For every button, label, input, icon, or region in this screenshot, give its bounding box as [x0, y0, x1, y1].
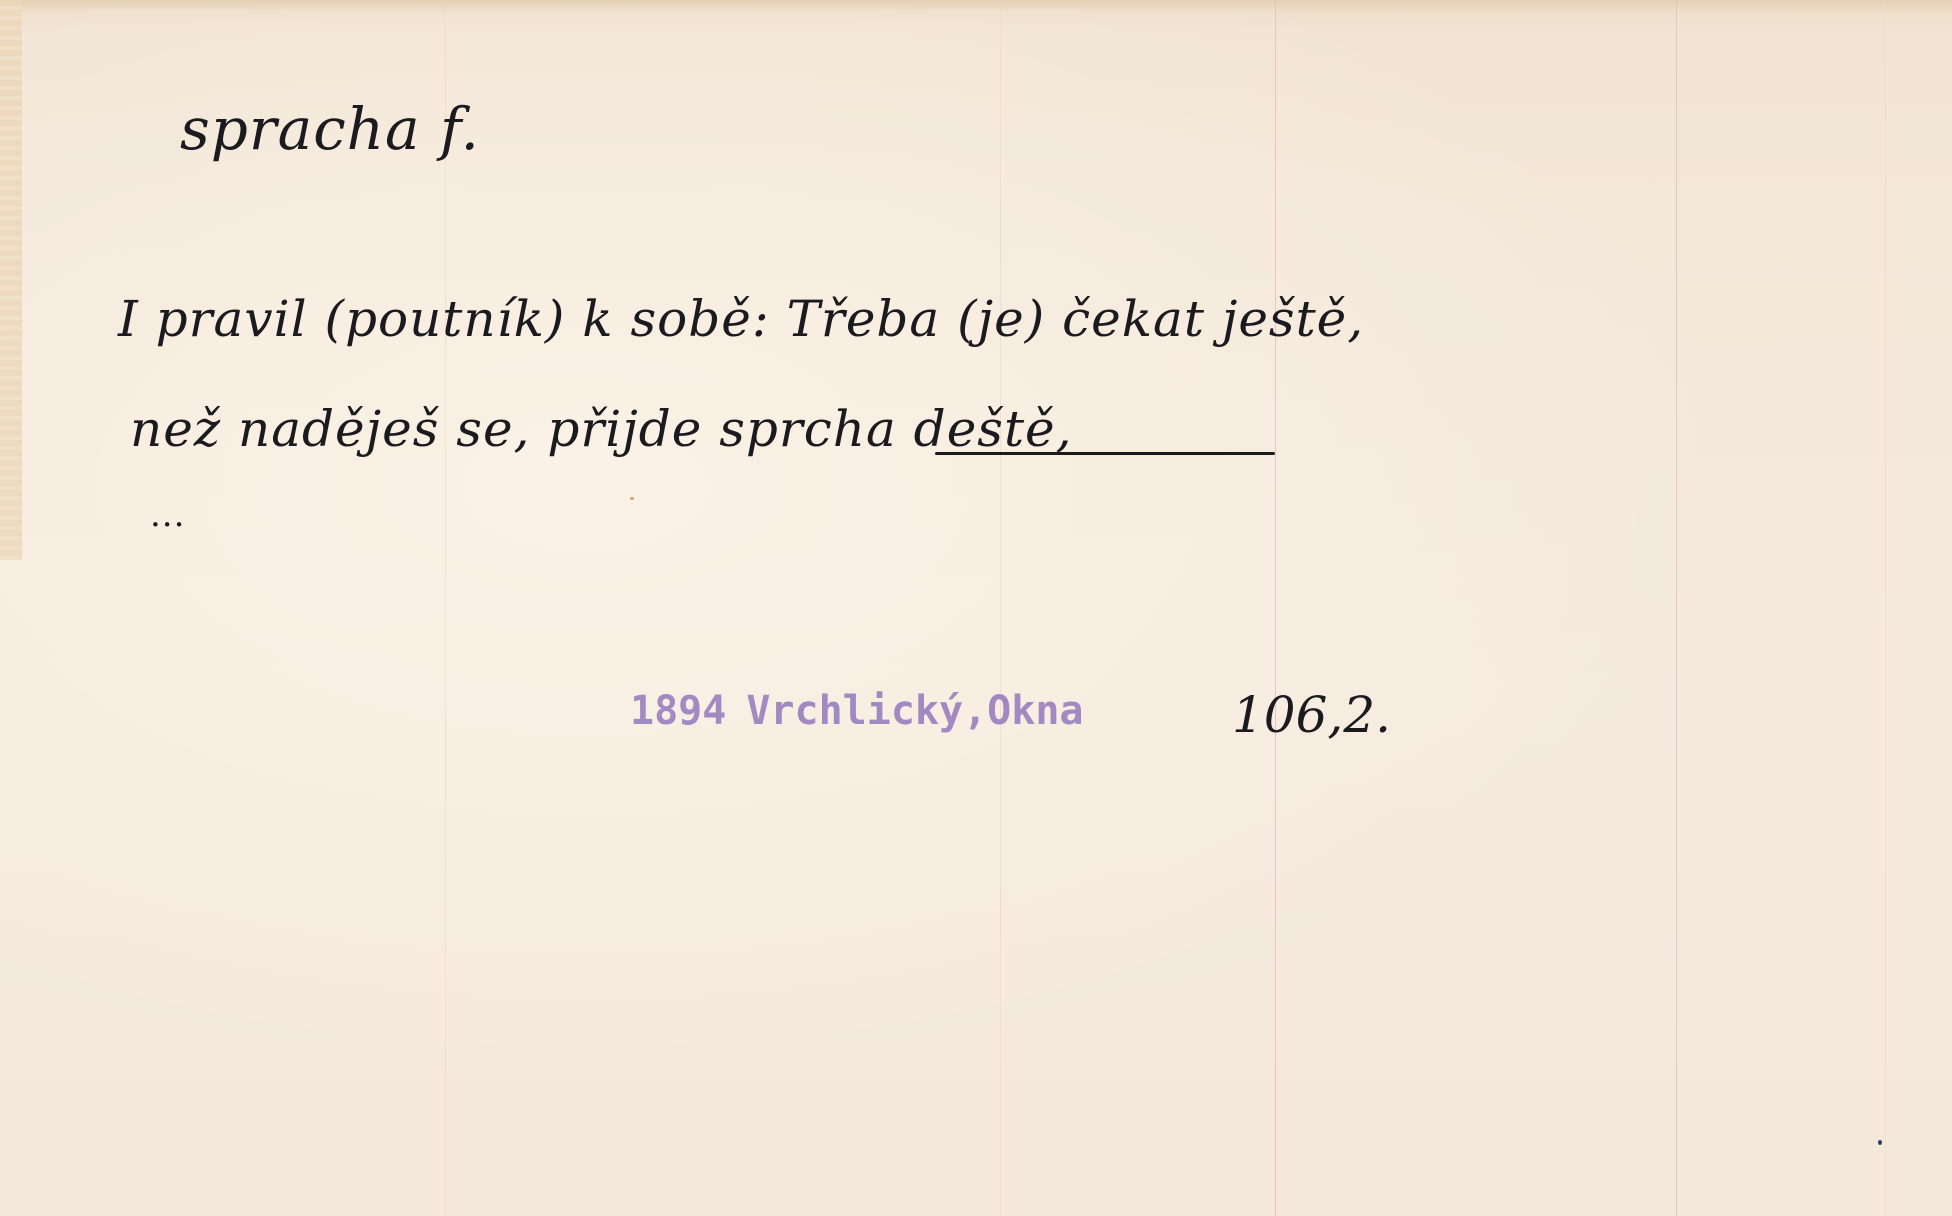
card-top-edge	[0, 0, 1952, 12]
ruling-line	[1275, 0, 1276, 1216]
source-author-work: Vrchlický,Okna	[746, 688, 1083, 734]
ruling-line	[1885, 0, 1886, 1216]
quotation-ellipsis: ...	[150, 495, 185, 535]
dictionary-slip: spracha f. I pravil (poutník) k sobě: Tř…	[0, 0, 1952, 1216]
quotation-line-2: než naděješ se, přijde sprcha deště,	[130, 400, 1073, 458]
ruling-line	[1000, 0, 1001, 1216]
ruling-line	[1676, 0, 1677, 1216]
source-year: 1894	[630, 688, 726, 734]
ruling-line	[445, 0, 446, 1216]
quotation-line-1: I pravil (poutník) k sobě: Třeba (je) če…	[118, 290, 1364, 348]
paper-speck	[1878, 1140, 1882, 1145]
paper-speck	[630, 497, 634, 500]
card-left-edge	[0, 0, 22, 560]
source-stamp: 1894Vrchlický,Okna	[630, 688, 1083, 734]
source-locus: 106,2.	[1232, 686, 1391, 744]
headword-underline	[935, 452, 1275, 455]
headword: spracha f.	[180, 95, 480, 163]
